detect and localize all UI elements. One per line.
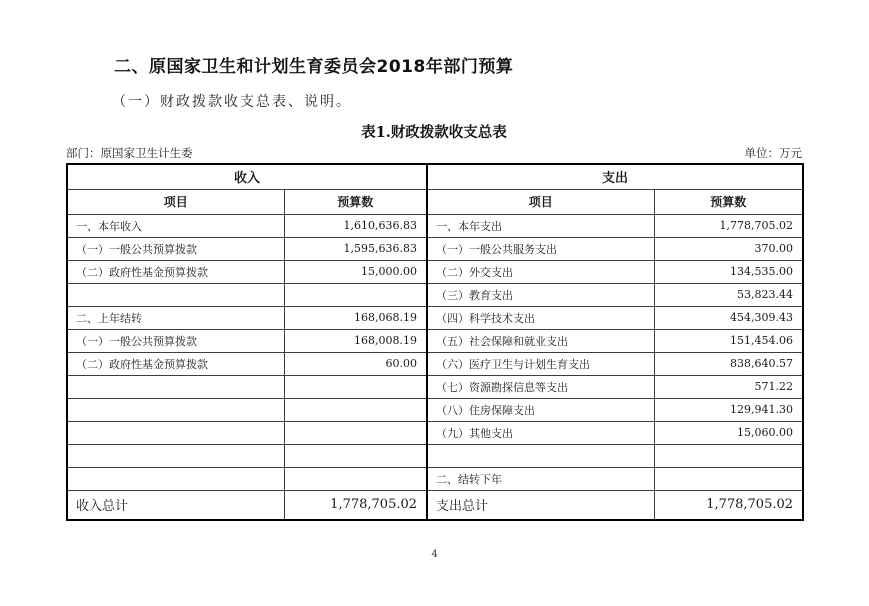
income-item-header: 项目 xyxy=(67,189,284,214)
income-total-value: 1,778,705.02 xyxy=(284,490,427,520)
expense-item-cell: （三）教育支出 xyxy=(427,283,654,306)
income-item-cell: （一）一般公共预算拨款 xyxy=(67,329,284,352)
expense-item-cell: 一、本年支出 xyxy=(427,214,654,237)
header-row-sub: 项目 预算数 项目 预算数 xyxy=(67,189,803,214)
expense-value-cell: 129,941.30 xyxy=(654,398,803,421)
expense-value-cell: 15,060.00 xyxy=(654,421,803,444)
expense-item-cell: （五）社会保障和就业支出 xyxy=(427,329,654,352)
table-row: （七）资源勘探信息等支出571.22 xyxy=(67,375,803,398)
income-item-cell: （二）政府性基金预算拨款 xyxy=(67,260,284,283)
total-row: 收入总计 1,778,705.02 支出总计 1,778,705.02 xyxy=(67,490,803,520)
income-value-cell xyxy=(284,421,427,444)
expense-item-cell: （一）一般公共服务支出 xyxy=(427,237,654,260)
income-item-cell xyxy=(67,444,284,467)
income-item-cell xyxy=(67,398,284,421)
header-row-main: 收入 支出 xyxy=(67,164,803,189)
budget-table: 收入 支出 项目 预算数 项目 预算数 一、本年收入1,610,636.83一、… xyxy=(66,163,804,521)
table-row: 一、本年收入1,610,636.83一、本年支出1,778,705.02 xyxy=(67,214,803,237)
expense-item-cell: （九）其他支出 xyxy=(427,421,654,444)
expense-item-cell: （六）医疗卫生与计划生育支出 xyxy=(427,352,654,375)
income-value-cell xyxy=(284,444,427,467)
income-item-cell: （一）一般公共预算拨款 xyxy=(67,237,284,260)
income-value-cell: 1,595,636.83 xyxy=(284,237,427,260)
income-value-cell xyxy=(284,467,427,490)
expense-value-cell xyxy=(654,467,803,490)
expense-value-cell: 454,309.43 xyxy=(654,306,803,329)
expense-value-cell: 370.00 xyxy=(654,237,803,260)
table-row: （二）政府性基金预算拨款15,000.00（二）外交支出134,535.00 xyxy=(67,260,803,283)
table-row: （二）政府性基金预算拨款60.00（六）医疗卫生与计划生育支出838,640.5… xyxy=(67,352,803,375)
table-row: （九）其他支出15,060.00 xyxy=(67,421,803,444)
expense-item-cell: （七）资源勘探信息等支出 xyxy=(427,375,654,398)
table-row: 二、上年结转168,068.19（四）科学技术支出454,309.43 xyxy=(67,306,803,329)
table-row: 二、结转下年 xyxy=(67,467,803,490)
expense-budget-header: 预算数 xyxy=(654,189,803,214)
income-item-cell xyxy=(67,375,284,398)
expense-value-cell: 838,640.57 xyxy=(654,352,803,375)
income-item-cell xyxy=(67,467,284,490)
income-value-cell: 168,008.19 xyxy=(284,329,427,352)
income-section-header: 收入 xyxy=(67,164,427,189)
page-number: 4 xyxy=(0,549,869,560)
table-row: （一）一般公共预算拨款168,008.19（五）社会保障和就业支出151,454… xyxy=(67,329,803,352)
income-value-cell: 168,068.19 xyxy=(284,306,427,329)
table-title: 表1.财政拨款收支总表 xyxy=(66,121,802,142)
income-item-cell: 一、本年收入 xyxy=(67,214,284,237)
income-value-cell xyxy=(284,375,427,398)
document-subtitle: （一）财政拨款收支总表、说明。 xyxy=(112,91,352,111)
income-value-cell xyxy=(284,283,427,306)
expense-value-cell: 571.22 xyxy=(654,375,803,398)
unit-label: 单位：万元 xyxy=(745,145,803,161)
table-row: （八）住房保障支出129,941.30 xyxy=(67,398,803,421)
expense-item-header: 项目 xyxy=(427,189,654,214)
table-row: （三）教育支出53,823.44 xyxy=(67,283,803,306)
expense-total-value: 1,778,705.02 xyxy=(654,490,803,520)
income-item-cell xyxy=(67,283,284,306)
expense-section-header: 支出 xyxy=(427,164,803,189)
expense-total-label: 支出总计 xyxy=(427,490,654,520)
table-row xyxy=(67,444,803,467)
expense-item-cell: 二、结转下年 xyxy=(427,467,654,490)
table-row: （一）一般公共预算拨款1,595,636.83（一）一般公共服务支出370.00 xyxy=(67,237,803,260)
income-item-cell xyxy=(67,421,284,444)
expense-item-cell: （二）外交支出 xyxy=(427,260,654,283)
expense-value-cell: 53,823.44 xyxy=(654,283,803,306)
expense-value-cell xyxy=(654,444,803,467)
income-value-cell: 60.00 xyxy=(284,352,427,375)
expense-item-cell xyxy=(427,444,654,467)
table-meta: 部门：原国家卫生计生委 单位：万元 xyxy=(66,145,802,161)
income-total-label: 收入总计 xyxy=(67,490,284,520)
income-value-cell: 15,000.00 xyxy=(284,260,427,283)
income-budget-header: 预算数 xyxy=(284,189,427,214)
table-body: 一、本年收入1,610,636.83一、本年支出1,778,705.02（一）一… xyxy=(67,214,803,490)
income-value-cell xyxy=(284,398,427,421)
expense-value-cell: 1,778,705.02 xyxy=(654,214,803,237)
expense-value-cell: 134,535.00 xyxy=(654,260,803,283)
income-item-cell: 二、上年结转 xyxy=(67,306,284,329)
expense-item-cell: （四）科学技术支出 xyxy=(427,306,654,329)
expense-value-cell: 151,454.06 xyxy=(654,329,803,352)
income-item-cell: （二）政府性基金预算拨款 xyxy=(67,352,284,375)
document-title: 二、原国家卫生和计划生育委员会2018年部门预算 xyxy=(114,52,513,77)
income-value-cell: 1,610,636.83 xyxy=(284,214,427,237)
expense-item-cell: （八）住房保障支出 xyxy=(427,398,654,421)
department-label: 部门：原国家卫生计生委 xyxy=(66,145,193,161)
